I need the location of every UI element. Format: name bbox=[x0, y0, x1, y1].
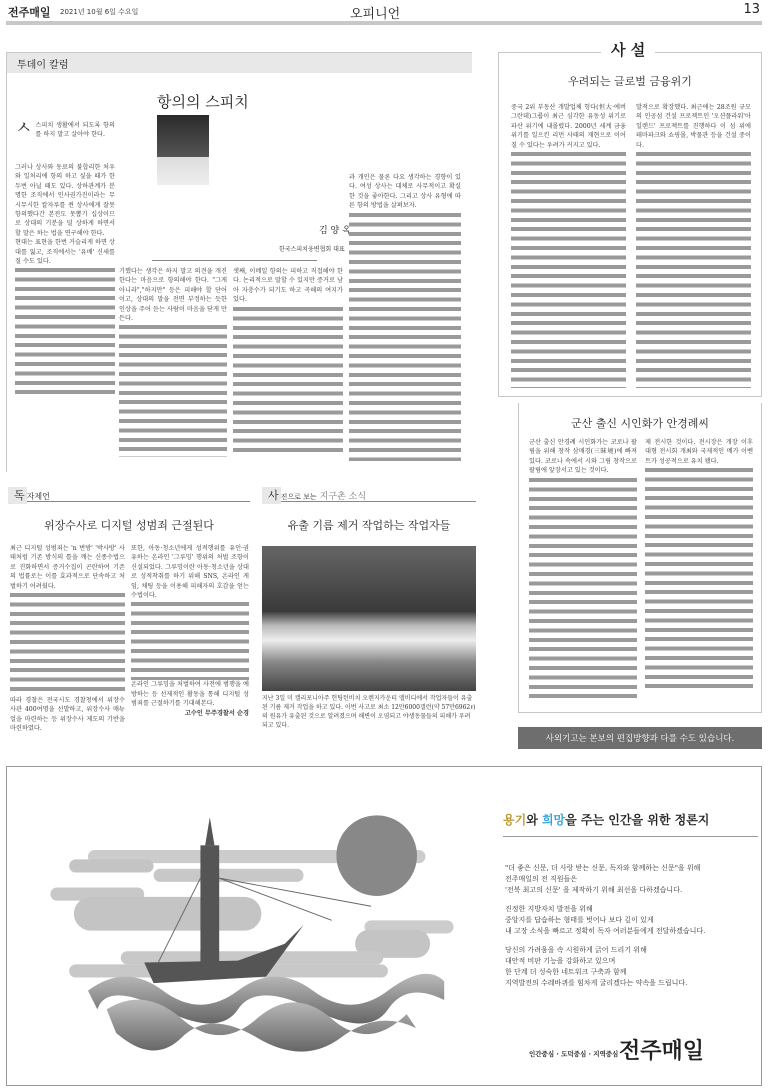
column-body-col3: 셋째, 이메일 항의는 피하고 직접해야 한다. 논리적으로 말할 수 있지만 … bbox=[233, 267, 343, 457]
promo-line: 진정한 지방자치 발전을 위해 bbox=[505, 904, 760, 915]
oil-spill-photo bbox=[262, 546, 476, 691]
promo-line: 중앙지를 답습하는 형태를 벗어나 보다 깊이 있게 bbox=[505, 915, 760, 926]
paragraph: 따라 경찰은 전국시도 경찰청에서 위장수사관 400여명을 선발하고, 위장수… bbox=[10, 696, 125, 734]
promo-line: '전북 최고의 신문' 을 제작하기 위해 최선을 다하겠습니다. bbox=[505, 885, 760, 896]
paragraph: 과 개인은 물론 다요 생각하는 경향이 있다. 여성 상사는 대체로 사무적이… bbox=[349, 173, 461, 211]
column-lead: ㅅ 스피치 생활에서 되도록 항의를 하지 말고 살아야 한다. bbox=[15, 121, 115, 140]
paragraph: 기했다는 생각은 하지 말고 의견을 개진한다는 마음으로 항의해야 한다. "… bbox=[119, 267, 227, 323]
editorial-col1: 중국 2위 부동산 개발업체 헝다(恒大·에버그란데)그룹이 최근 심각한 유동… bbox=[511, 103, 626, 388]
column-author-title: 한국스피치웅변협회 대표 bbox=[279, 244, 345, 253]
paragraph: 현대는 표현을 한번 거슬리게 하면 상대를 잃고, 조직에서는 '유배' 신세… bbox=[15, 238, 115, 266]
paragraph: 군산 출신 안경례 시인화가는 코로나 팔림을 위해 창작 삼매경(三昧境)에 … bbox=[529, 438, 637, 476]
tab-mid: 진으로 보는 bbox=[281, 493, 317, 501]
editorial-headline: 우려되는 글로벌 금융위기 bbox=[499, 73, 761, 89]
paragraph: 중국 2위 부동산 개발업체 헝다(恒大·에버그란데)그룹이 최근 심각한 유동… bbox=[511, 103, 626, 150]
column-headline: 항의의 스피치 bbox=[157, 91, 249, 112]
sailboat-illustration bbox=[17, 775, 487, 1075]
promo-line: 전주매일의 전 직원들은 bbox=[505, 874, 760, 885]
editorial-col2: 발적으로 확장했다. 최근에는 28조원 규모의 인공섬 건설 프로젝트인 '오… bbox=[636, 103, 751, 388]
column-body-col4: 과 개인은 물론 다요 생각하는 경향이 있다. 여성 상사는 대체로 사무적이… bbox=[349, 173, 461, 463]
column-lead-text: 스피치 생활에서 되도록 항의를 하지 말고 살아야 한다. bbox=[35, 122, 115, 138]
tab-last: 지구촌 소식 bbox=[320, 492, 366, 502]
notice-banner: 사외기고는 본보의 편집방향과 다를 수도 있습니다. bbox=[518, 727, 762, 749]
page-number: 13 bbox=[743, 2, 760, 17]
independent-headline: 위장수사로 디지털 성범죄 근절된다 bbox=[8, 517, 250, 533]
paragraph: 발적으로 확장했다. 최근에는 28조원 규모의 인공섬 건설 프로젝트인 '오… bbox=[636, 103, 751, 150]
promo-line: "더 좋은 신문, 더 사랑 받는 신문, 독자와 함께하는 신문"을 위해 bbox=[505, 863, 760, 874]
poet-col2: 제 전시한 것이다. 전시장은 개장 이후 대형 전시회 개최와 국제적인 메가… bbox=[645, 438, 753, 703]
promo-line: 한 단계 더 성숙한 네트워크 구축과 함께 bbox=[505, 967, 760, 978]
newspaper-logo: 전주매일 bbox=[8, 4, 51, 20]
author-divider bbox=[152, 260, 317, 261]
paragraph: 최근 디지털 성범죄는 'n 번방' '박사방' 사태처럼 기존 방식의 틀을 … bbox=[10, 544, 125, 591]
poet-col1: 군산 출신 안경례 시인화가는 코로나 팔림을 위해 창작 삼매경(三昧境)에 … bbox=[529, 438, 637, 703]
today-column-tab: 투데이 칼럼 bbox=[7, 53, 472, 73]
world-photo-tab: 사진으로 보는지구촌 소식 bbox=[262, 484, 476, 502]
editorial-box: 사 설 우려되는 글로벌 금융위기 중국 2위 부동산 개발업체 헝다(恒大·에… bbox=[498, 52, 762, 397]
promo-line: 지역발전의 수레바퀴를 힘차게 굴리겠다는 약속을 드립니다. bbox=[505, 978, 760, 989]
courage-word: 용기 bbox=[503, 813, 526, 827]
promo-line: 내 고장 소식을 빠르고 정확히 독자 여러분들에게 전달하겠습니다. bbox=[505, 926, 760, 937]
poet-editorial-box: 군산 출신 시인화가 안경례씨 군산 출신 안경례 시인화가는 코로나 팔림을 … bbox=[518, 403, 762, 713]
title-rest: 을 주는 인간을 위한 정론지 bbox=[565, 813, 709, 827]
hope-word: 희망 bbox=[542, 813, 565, 827]
promo-line: 대안적 비판 기능을 강화하고 있으며 bbox=[505, 956, 760, 967]
today-column: 투데이 칼럼 항의의 스피치 ㅅ 스피치 생활에서 되도록 항의를 하지 말고 … bbox=[6, 52, 472, 472]
tab-first-char: 독 bbox=[8, 487, 27, 504]
section-title: 오피니언 bbox=[350, 3, 400, 22]
tab-rest: 자제언 bbox=[27, 492, 50, 501]
promo-logo: 전주매일 bbox=[619, 1034, 704, 1065]
promo-line: 당신의 가려움을 속 시원하게 긁어 드리기 위해 bbox=[505, 945, 760, 956]
independent-column-tab: 독자제언 bbox=[8, 484, 250, 502]
independent-col2: 또한, 아동·청소년에게 성적행위를 유인·권유하는 온라인 '그루밍' 행위의… bbox=[131, 544, 249, 744]
promo-text: "더 좋은 신문, 더 사랑 받는 신문, 독자와 함께하는 신문"을 위해 전… bbox=[505, 863, 760, 989]
drop-cap: ㅅ bbox=[15, 121, 32, 137]
poet-headline: 군산 출신 시인화가 안경례씨 bbox=[519, 415, 761, 431]
column-body-col2: 기했다는 생각은 하지 말고 의견을 개진한다는 마음으로 항의해야 한다. "… bbox=[119, 267, 227, 457]
paragraph: 셋째, 이메일 항의는 피하고 직접해야 한다. 논리적으로 말할 수 있지만 … bbox=[233, 267, 343, 305]
photo-caption: 지난 3일 미 캘리포니아주 헌팅턴비치 오렌지카운티 앨비디에서 작업자들이 … bbox=[262, 694, 476, 730]
header-divider bbox=[6, 21, 762, 25]
tab-first-char: 사 bbox=[262, 487, 281, 504]
independent-col1: 최근 디지털 성범죄는 'n 번방' '박사방' 사태처럼 기존 방식의 틀을 … bbox=[10, 544, 125, 744]
column-body-col1: 그러나 상사와 동료의 불합리한 처우와 일처리에 항의 하고 싶을 때가 한두… bbox=[15, 163, 115, 463]
editorial-tab: 사 설 bbox=[601, 39, 655, 60]
promo-title: 용기와 희망을 주는 인간을 위한 정론지 bbox=[503, 811, 758, 837]
promo-slogan: 인간중심 · 도덕중심 · 지역중심 bbox=[529, 1049, 618, 1058]
issue-date: 2021년 10월 6일 수요일 bbox=[60, 7, 138, 17]
paragraph: 제 전시한 것이다. 전시장은 개장 이후 대형 전시회 개최와 국제적인 메가… bbox=[645, 438, 753, 466]
column-author: 김 양 옥 bbox=[319, 223, 351, 236]
paragraph: 그러나 상사와 동료의 불합리한 처우와 일처리에 항의 하고 싶을 때가 한두… bbox=[15, 163, 115, 238]
byline: 고수인 무주경찰서 순경 bbox=[131, 709, 249, 718]
paragraph: 또한, 아동·청소년에게 성적행위를 유인·권유하는 온라인 '그루밍' 행위의… bbox=[131, 544, 249, 600]
promo-box: 용기와 희망을 주는 인간을 위한 정론지 "더 좋은 신문, 더 사랑 받는 … bbox=[6, 766, 762, 1086]
title-connector: 와 bbox=[526, 813, 542, 827]
paragraph: 온라인 그루밍을 처벌하여 사전에 범행을 예방하는 등 선제적인 활동을 통해… bbox=[131, 680, 249, 708]
author-portrait bbox=[157, 115, 209, 185]
world-photo-headline: 유출 기름 제거 작업하는 작업자들 bbox=[262, 517, 476, 533]
